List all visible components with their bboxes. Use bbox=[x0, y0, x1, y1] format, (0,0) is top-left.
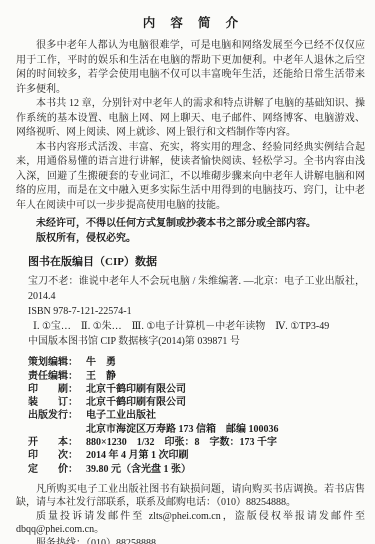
cip-heading: 图书在版编目（CIP）数据 bbox=[28, 256, 365, 269]
cip-entry: 宝刀不老：谁说中老年人不会玩电脑 / 朱维编著. —北京：电子工业出版社，201… bbox=[28, 274, 365, 304]
cip-classification: Ⅰ. ①宝… Ⅱ. ①朱… Ⅲ. ①电子计算机－中老年读物 Ⅳ. ①TP3-49 bbox=[28, 319, 365, 334]
colophon-value: 2014 年 4 月第 1 次印刷 bbox=[86, 449, 189, 462]
copyright-notice: 未经许可，不得以任何方式复制或抄袭本书之部分或全部内容。 版权所有，侵权必究。 bbox=[16, 217, 365, 246]
colophon-value: 北京千鹤印刷有限公司 bbox=[86, 383, 186, 396]
colophon-value: 北京千鹤印刷有限公司 bbox=[86, 396, 186, 409]
colophon-row-price: 定 价： 39.80 元（含光盘 1 张） bbox=[28, 463, 365, 476]
colophon-row-print-run: 印 次： 2014 年 4 月第 1 次印刷 bbox=[28, 449, 365, 462]
intro-paragraph-2: 本书共 12 章，分别针对中老年人的需求和特点讲解了电脑的基础知识、操作系统的基… bbox=[16, 97, 365, 141]
colophon-label: 策划编辑： bbox=[28, 356, 86, 369]
intro-paragraph-1: 很多中老年人都认为电脑很难学，可是电脑和网络发展至今已经不仅仅应用于工作，平时的… bbox=[16, 39, 365, 97]
colophon-row-binder: 装 订： 北京千鹤印刷有限公司 bbox=[28, 396, 365, 409]
service-notes-section: 凡所购买电子工业出版社图书有缺损问题，请向购买书店调换。若书店售缺，请与本社发行… bbox=[16, 483, 365, 544]
colophon-label: 印 刷： bbox=[28, 383, 86, 396]
colophon-value: 880×1230 1/32 印张：8 字数：173 千字 bbox=[86, 436, 277, 449]
colophon-row-format: 开 本： 880×1230 1/32 印张：8 字数：173 千字 bbox=[28, 436, 365, 449]
colophon-label: 开 本： bbox=[28, 436, 86, 449]
copyright-notice-line-1: 未经许可，不得以任何方式复制或抄袭本书之部分或全部内容。 bbox=[16, 217, 365, 232]
book-copyright-page: 内 容 简 介 很多中老年人都认为电脑很难学，可是电脑和网络发展至今已经不仅仅应… bbox=[0, 0, 375, 544]
colophon-label bbox=[28, 423, 86, 436]
cip-section: 图书在版编目（CIP）数据 宝刀不老：谁说中老年人不会玩电脑 / 朱维编著. —… bbox=[28, 256, 365, 349]
colophon-row-planning-editor: 策划编辑： 牛 勇 bbox=[28, 356, 365, 369]
colophon-label: 印 次： bbox=[28, 449, 86, 462]
copyright-notice-line-2: 版权所有，侵权必究。 bbox=[16, 232, 365, 247]
colophon-label: 责任编辑： bbox=[28, 370, 86, 383]
page-title: 内 容 简 介 bbox=[16, 16, 365, 31]
footer-note-emails: 质量投诉请发邮件至 zlts@phei.com.cn，盗版侵权举报请发邮件至 d… bbox=[16, 510, 365, 537]
colophon-section: 策划编辑： 牛 勇 责任编辑： 王 静 印 刷： 北京千鹤印刷有限公司 装 订：… bbox=[28, 356, 365, 476]
colophon-row-publisher: 出版发行： 电子工业出版社 bbox=[28, 409, 365, 422]
intro-paragraph-3: 本书内容形式活泼、丰富、充实，将实用的理念、经验同经典实例结合起来，用通俗易懂的… bbox=[16, 141, 365, 214]
colophon-label: 装 订： bbox=[28, 396, 86, 409]
colophon-value: 北京市海淀区万寿路 173 信箱 邮编 100036 bbox=[86, 423, 279, 436]
colophon-value: 王 静 bbox=[86, 370, 116, 383]
colophon-row-publisher-address: 北京市海淀区万寿路 173 信箱 邮编 100036 bbox=[28, 423, 365, 436]
cip-record-number: 中国版本图书馆 CIP 数据核字(2014)第 039871 号 bbox=[28, 334, 365, 349]
colophon-label: 出版发行： bbox=[28, 409, 86, 422]
colophon-label: 定 价： bbox=[28, 463, 86, 476]
footer-note-hotline: 服务热线：（010）88258888。 bbox=[16, 537, 365, 544]
colophon-value: 39.80 元（含光盘 1 张） bbox=[86, 463, 191, 476]
footer-note-exchange: 凡所购买电子工业出版社图书有缺损问题，请向购买书店调换。若书店售缺，请与本社发行… bbox=[16, 483, 365, 510]
colophon-row-responsible-editor: 责任编辑： 王 静 bbox=[28, 370, 365, 383]
colophon-value: 牛 勇 bbox=[86, 356, 116, 369]
colophon-row-printer: 印 刷： 北京千鹤印刷有限公司 bbox=[28, 383, 365, 396]
content-summary: 很多中老年人都认为电脑很难学，可是电脑和网络发展至今已经不仅仅应用于工作，平时的… bbox=[16, 39, 365, 213]
cip-isbn: ISBN 978-7-121-22574-1 bbox=[28, 304, 365, 319]
colophon-value: 电子工业出版社 bbox=[86, 409, 156, 422]
